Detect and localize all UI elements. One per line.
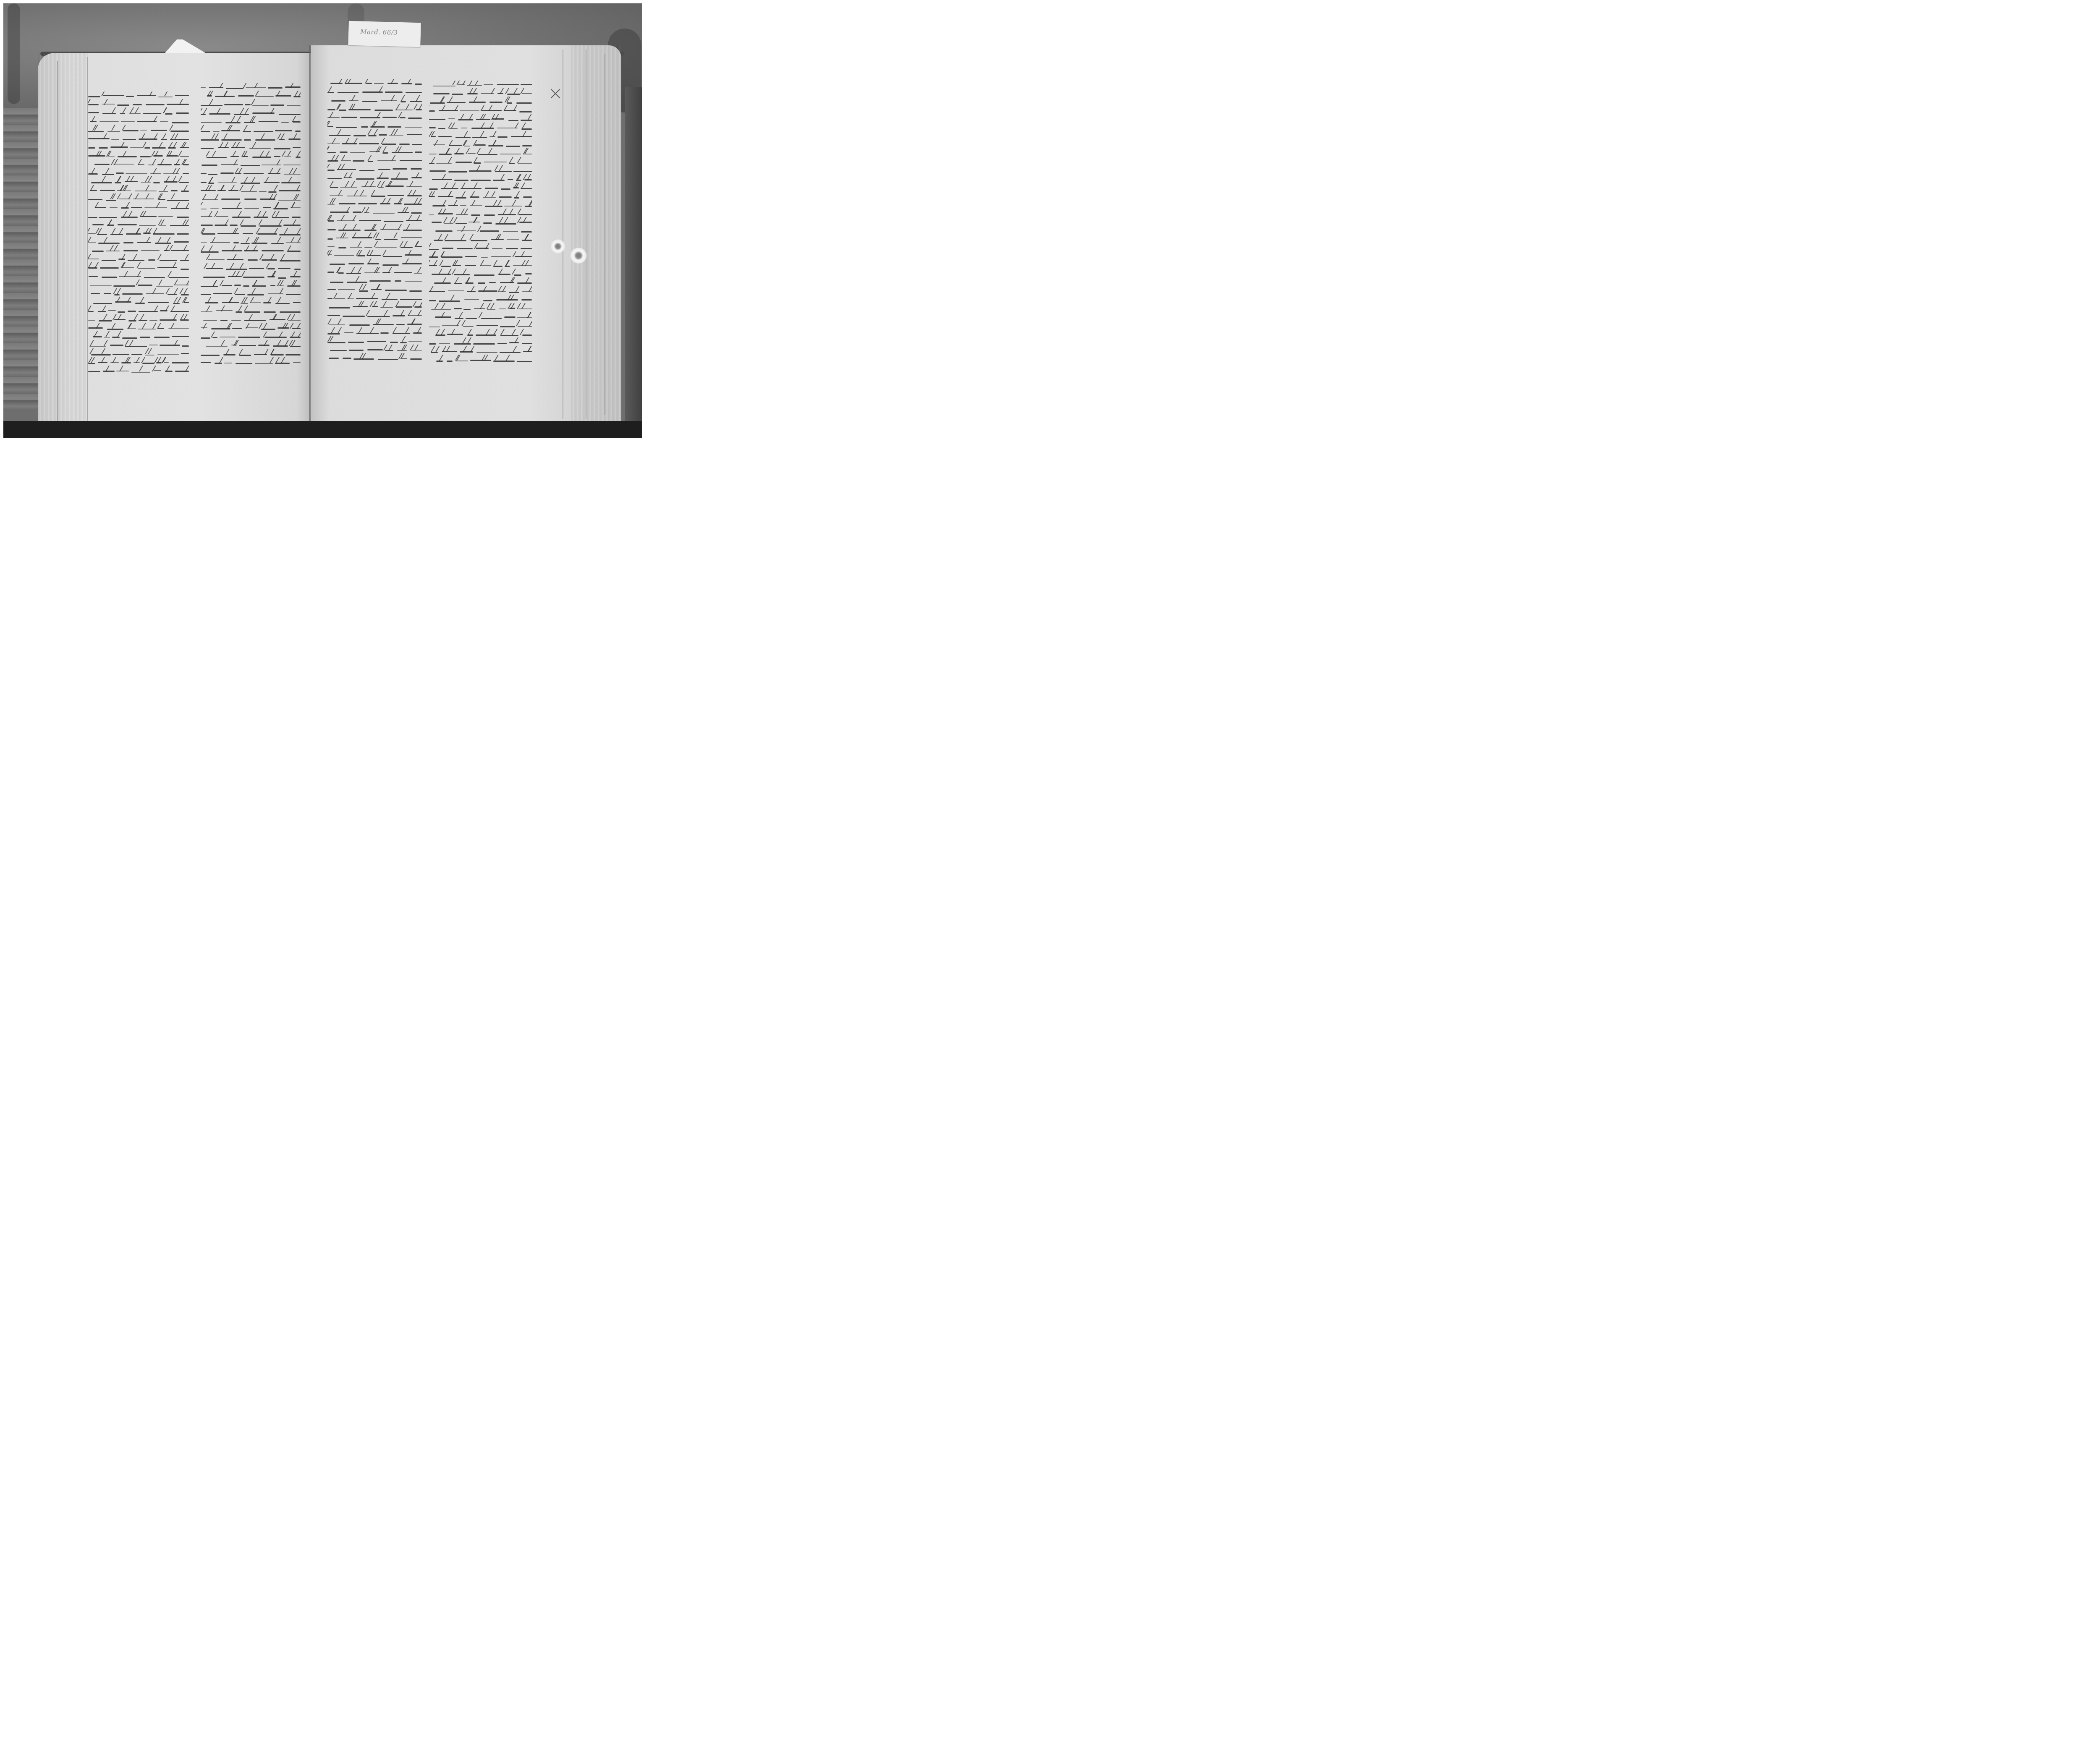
script-word <box>243 173 264 174</box>
script-word <box>121 121 135 122</box>
script-word <box>353 135 366 136</box>
script-line <box>429 279 532 287</box>
script-word <box>296 157 301 158</box>
script-word <box>435 335 445 336</box>
script-word <box>247 294 264 295</box>
script-word <box>91 182 112 183</box>
script-line <box>201 135 301 144</box>
script-word <box>480 230 500 232</box>
script-word <box>278 277 286 279</box>
script-word <box>339 203 356 204</box>
script-word <box>234 285 241 286</box>
script-ascender <box>512 329 516 335</box>
script-word <box>159 225 167 226</box>
script-ascender <box>401 95 405 101</box>
script-word <box>227 259 243 260</box>
script-word <box>385 290 407 291</box>
script-word <box>497 343 507 344</box>
script-word <box>461 128 467 128</box>
script-word <box>514 197 520 199</box>
script-word <box>280 260 301 261</box>
script-ascender <box>236 202 241 208</box>
script-line <box>429 330 532 339</box>
script-word <box>224 363 232 363</box>
script-word <box>474 162 481 164</box>
script-word <box>164 362 169 363</box>
script-word <box>218 182 237 183</box>
script-word <box>90 285 111 286</box>
script-ascender <box>450 217 454 223</box>
script-word <box>208 259 224 260</box>
script-word <box>506 146 520 147</box>
script-word <box>509 292 519 293</box>
script-word <box>148 259 155 261</box>
script-word <box>393 168 407 170</box>
script-line <box>201 126 301 135</box>
script-word <box>444 223 453 224</box>
script-word <box>499 308 506 309</box>
photo-frame: Mard. 66/3 <box>3 3 642 438</box>
script-ascender <box>252 142 256 148</box>
script-line <box>88 143 189 152</box>
script-word <box>160 260 177 261</box>
script-word <box>473 343 495 345</box>
script-word <box>125 346 147 347</box>
script-ascender <box>512 200 516 206</box>
script-word <box>89 276 98 277</box>
script-word <box>329 324 345 325</box>
script-word <box>399 144 410 145</box>
script-word <box>165 113 173 115</box>
script-word <box>500 326 515 327</box>
script-ascender <box>88 306 92 311</box>
script-word <box>97 234 107 235</box>
script-ascender <box>171 193 175 199</box>
script-word <box>272 217 289 218</box>
script-ascender <box>469 114 473 120</box>
script-word <box>327 229 336 230</box>
script-word <box>429 291 445 292</box>
script-ascender <box>382 224 386 230</box>
script-ascender <box>240 263 244 269</box>
script-word <box>144 147 151 149</box>
script-ascender <box>203 108 207 114</box>
script-ascender <box>105 331 110 337</box>
script-word <box>499 196 512 198</box>
script-word <box>222 285 232 286</box>
script-word <box>485 188 498 189</box>
script-ascender <box>88 237 92 243</box>
script-word <box>292 328 301 329</box>
damage-spot <box>551 239 565 253</box>
script-word <box>481 257 488 258</box>
script-word <box>181 269 189 270</box>
script-word <box>281 182 301 183</box>
script-ascender <box>418 198 422 204</box>
script-word <box>230 225 238 226</box>
script-ascender <box>338 327 342 333</box>
script-word <box>436 163 452 164</box>
script-word <box>213 131 220 132</box>
script-word <box>521 231 532 233</box>
script-ascender <box>403 241 408 247</box>
script-word <box>411 168 422 170</box>
script-word <box>335 298 345 299</box>
script-word <box>498 274 510 275</box>
script-ascender <box>444 234 448 240</box>
script-word <box>293 147 301 148</box>
script-ascender <box>212 237 216 243</box>
script-word <box>382 272 390 273</box>
script-line <box>327 260 422 269</box>
script-word <box>522 145 532 146</box>
script-ascender <box>450 295 455 301</box>
script-word <box>408 118 422 119</box>
script-word <box>88 363 95 364</box>
script-ascender <box>521 183 525 188</box>
script-ascender <box>499 165 503 171</box>
script-line <box>88 229 189 238</box>
page-crease <box>563 50 563 419</box>
script-word <box>107 329 123 330</box>
script-word <box>131 207 142 208</box>
script-word <box>338 92 359 93</box>
script-line <box>201 169 301 178</box>
script-word <box>344 332 353 333</box>
script-word <box>340 152 348 153</box>
script-word <box>201 242 207 243</box>
script-word <box>208 174 217 175</box>
script-line <box>88 264 189 272</box>
script-word <box>246 327 258 328</box>
script-line <box>88 332 189 341</box>
script-word <box>518 308 532 309</box>
script-ascender <box>244 306 248 311</box>
script-word <box>243 131 251 132</box>
script-ascender <box>522 123 526 128</box>
script-word <box>387 126 401 128</box>
script-word <box>100 267 119 269</box>
script-word <box>270 105 284 106</box>
script-ascender <box>396 104 400 110</box>
script-ascender <box>231 116 235 122</box>
script-word <box>241 225 256 227</box>
script-word <box>270 285 275 286</box>
script-word <box>457 248 473 249</box>
script-word <box>113 354 129 355</box>
script-ascender <box>493 260 497 266</box>
script-ascender <box>112 323 116 329</box>
script-word <box>412 144 422 145</box>
script-line <box>327 243 422 251</box>
script-word <box>478 290 497 292</box>
script-ascender <box>176 168 180 174</box>
script-ascender <box>491 191 495 197</box>
script-word <box>329 135 351 136</box>
script-word <box>263 207 271 208</box>
script-ascender <box>513 346 517 352</box>
script-word <box>415 152 422 153</box>
script-ascender <box>353 138 358 144</box>
script-word <box>382 264 399 266</box>
script-ascender <box>453 217 458 223</box>
script-word <box>483 222 492 224</box>
script-line <box>429 348 532 356</box>
script-ascender <box>449 97 453 102</box>
script-line <box>327 337 422 346</box>
script-ascender <box>391 95 395 101</box>
script-word <box>123 250 138 251</box>
script-word <box>466 318 477 319</box>
script-line <box>201 109 301 118</box>
script-line <box>201 92 301 101</box>
script-ascender <box>278 220 283 225</box>
script-ascender <box>351 267 355 273</box>
script-ascender <box>249 314 253 320</box>
script-word <box>515 256 532 257</box>
script-ascender <box>153 228 157 234</box>
script-ascender <box>253 280 257 286</box>
script-ascender <box>209 246 213 251</box>
script-word <box>350 247 362 248</box>
script-word <box>467 85 482 86</box>
script-word <box>220 320 228 321</box>
script-word <box>139 311 158 312</box>
script-word <box>327 109 335 110</box>
script-word <box>385 91 403 93</box>
script-word <box>243 277 264 278</box>
script-word <box>455 223 467 224</box>
script-word <box>416 246 422 247</box>
script-word <box>506 248 518 249</box>
script-word <box>429 300 436 301</box>
script-line <box>429 227 532 236</box>
script-word <box>123 139 136 140</box>
script-word <box>254 217 268 218</box>
script-word <box>415 84 422 85</box>
script-ascender <box>105 168 110 174</box>
script-word <box>160 345 180 346</box>
script-ascender <box>102 176 106 182</box>
script-word <box>128 320 137 321</box>
script-word <box>146 293 164 294</box>
script-ascender <box>141 357 145 363</box>
script-word <box>460 110 479 111</box>
script-word <box>414 306 422 308</box>
script-word <box>293 302 301 303</box>
script-word <box>183 164 189 165</box>
script-ascender <box>328 86 332 92</box>
script-ascender <box>412 190 416 196</box>
script-ascender <box>215 133 219 139</box>
script-word <box>460 205 466 206</box>
script-word <box>110 345 123 346</box>
script-line <box>201 204 301 212</box>
script-ascender <box>157 254 162 260</box>
script-word <box>327 178 341 179</box>
script-ascender <box>275 211 280 217</box>
script-word <box>121 217 138 218</box>
script-word <box>406 92 422 93</box>
script-word <box>98 362 107 363</box>
script-word <box>106 200 116 201</box>
script-word <box>504 316 516 318</box>
script-ascender <box>293 168 297 174</box>
script-word <box>122 267 134 268</box>
script-word <box>492 248 502 249</box>
script-word <box>268 87 282 89</box>
script-word <box>123 242 133 243</box>
script-ascender <box>174 288 178 294</box>
script-word <box>433 86 455 86</box>
script-word <box>99 147 108 149</box>
script-word <box>179 182 189 183</box>
script-word <box>95 207 106 208</box>
script-word <box>432 222 442 223</box>
script-word <box>245 104 250 105</box>
script-word <box>401 83 413 84</box>
script-ascender <box>206 151 210 157</box>
script-word <box>359 290 368 292</box>
script-word <box>158 216 173 217</box>
script-ascender <box>353 224 357 230</box>
script-word <box>155 243 171 244</box>
script-word <box>497 136 508 138</box>
script-line <box>327 191 422 200</box>
script-ascender <box>201 246 205 251</box>
script-ascender <box>167 237 171 243</box>
script-word <box>286 294 301 295</box>
script-word <box>209 113 230 115</box>
script-ascender <box>261 133 265 139</box>
script-word <box>143 113 161 114</box>
script-word <box>407 195 422 196</box>
script-word <box>175 371 189 372</box>
script-word <box>454 180 468 181</box>
script-word <box>255 363 272 364</box>
script-word <box>481 93 494 94</box>
script-ascender <box>162 133 166 139</box>
script-word <box>243 285 250 287</box>
script-ascender <box>431 346 435 352</box>
script-line <box>201 195 301 204</box>
script-word <box>359 170 374 171</box>
script-line <box>201 290 301 298</box>
script-ascender <box>177 297 181 303</box>
script-line <box>88 178 189 186</box>
script-line <box>201 221 301 230</box>
script-line <box>327 122 422 131</box>
script-word <box>112 337 120 338</box>
script-ascender <box>281 254 285 260</box>
script-word <box>327 289 336 290</box>
script-word <box>405 127 422 128</box>
script-word <box>349 350 364 351</box>
script-word <box>330 264 345 265</box>
script-ascender <box>452 81 456 85</box>
script-word <box>88 138 110 139</box>
script-word <box>480 265 491 266</box>
script-word <box>145 355 154 355</box>
bottom-dark-surface <box>3 421 642 438</box>
script-ascender <box>505 260 509 266</box>
script-word <box>290 276 301 277</box>
script-word <box>519 222 532 223</box>
script-ascender <box>337 129 341 135</box>
script-word <box>207 157 227 158</box>
script-line <box>201 161 301 170</box>
script-word <box>327 204 335 205</box>
script-word <box>139 320 147 321</box>
script-ascender <box>90 340 94 346</box>
left-leaf-edges <box>38 53 88 422</box>
script-ascender <box>246 237 250 243</box>
script-ascender <box>381 138 385 144</box>
script-ascender <box>114 245 118 251</box>
script-ascender <box>221 340 225 346</box>
script-word <box>222 208 242 209</box>
script-word <box>330 83 343 84</box>
script-word <box>110 146 128 148</box>
script-word <box>396 324 405 325</box>
script-ascender <box>284 228 288 234</box>
script-word <box>378 169 390 170</box>
script-word <box>102 277 117 278</box>
script-ascender <box>469 81 473 85</box>
script-line <box>201 255 301 264</box>
script-ascender <box>239 349 243 355</box>
script-word <box>288 139 301 140</box>
script-word <box>463 326 474 327</box>
script-word <box>327 160 338 162</box>
script-ascender <box>371 190 375 196</box>
script-ascender <box>505 88 509 94</box>
script-ascender <box>212 151 216 157</box>
script-ascender <box>480 260 484 266</box>
script-word <box>88 371 100 372</box>
script-word <box>241 183 260 184</box>
script-word <box>107 131 120 132</box>
script-word <box>327 238 333 240</box>
script-word <box>327 298 332 299</box>
script-ascender <box>129 340 133 346</box>
script-word <box>476 352 497 353</box>
script-word <box>393 315 405 316</box>
script-word <box>202 233 215 235</box>
script-ascender <box>330 181 334 187</box>
script-ascender <box>280 133 285 139</box>
script-ascender <box>263 323 267 329</box>
script-ascender <box>111 125 115 131</box>
script-word <box>380 332 389 334</box>
script-ascender <box>171 306 175 311</box>
script-word <box>442 351 458 352</box>
script-line <box>88 307 189 316</box>
script-line <box>327 329 422 337</box>
script-word <box>236 311 242 313</box>
script-line <box>327 174 422 183</box>
script-word <box>484 162 507 162</box>
script-word <box>169 277 189 278</box>
script-ascender <box>285 340 289 346</box>
script-word <box>395 280 401 282</box>
script-ascender <box>257 211 261 217</box>
script-word <box>183 173 189 174</box>
script-word <box>171 190 178 191</box>
script-ascender <box>245 108 249 114</box>
script-ascender <box>112 228 116 234</box>
script-word <box>327 315 340 316</box>
